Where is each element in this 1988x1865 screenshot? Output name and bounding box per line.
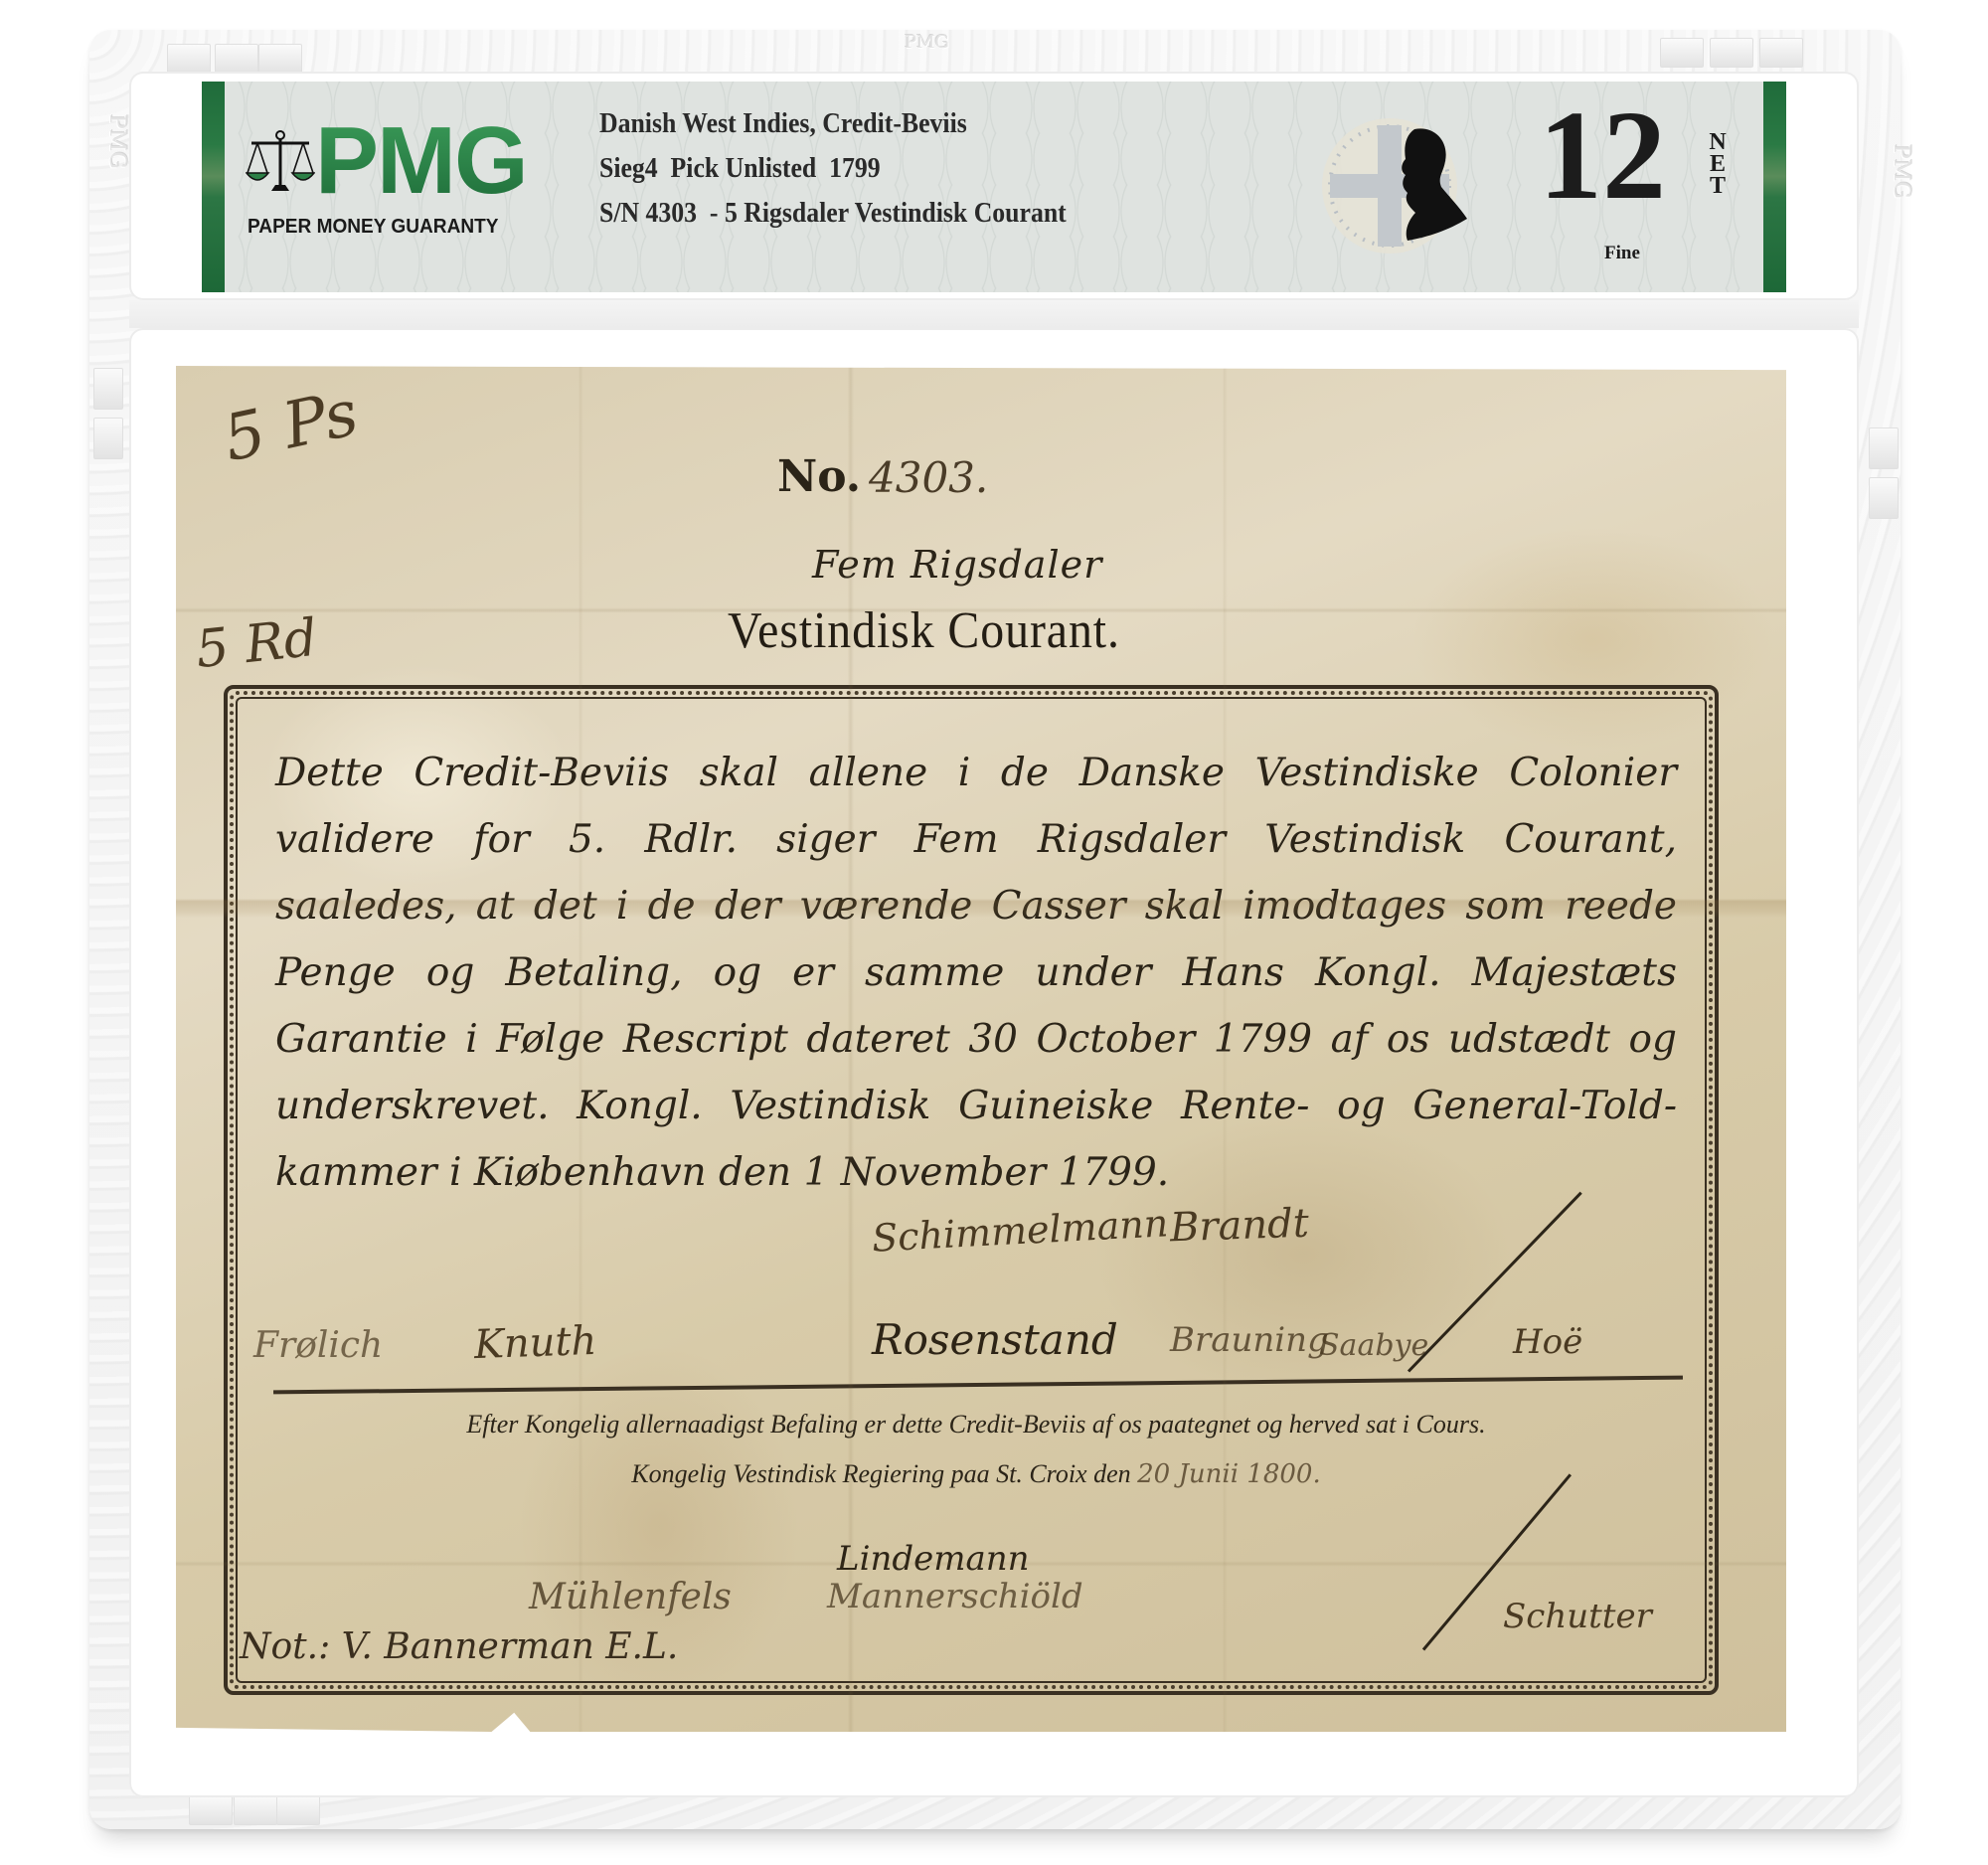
body-line: kammer i Kiøbenhavn den 1 November 1799. (275, 1139, 1677, 1206)
body-line: Garantie i Følge Rescript dateret 30 Oct… (275, 1006, 1677, 1073)
signature: Mühlenfels (529, 1577, 732, 1617)
body-line: Dette Credit-Beviis skal allene i de Dan… (275, 740, 1677, 806)
pmg-wordmark: PMG (315, 113, 527, 209)
corner-handwritten-mark: 5 Ps (218, 377, 365, 477)
silhouette-seal-icon (1320, 101, 1489, 270)
scales-of-justice-icon (246, 129, 315, 199)
description-line-catalog: Sieg4 Pick Unlisted 1799 (599, 146, 1067, 191)
serial-number: 4303. (869, 453, 988, 502)
signature: Brauning (1170, 1320, 1329, 1360)
body-line: Penge og Betaling, og er samme under Han… (275, 939, 1677, 1006)
holder-emboss-block (1759, 38, 1803, 68)
note-body-text: Dette Credit-Beviis skal allene i de Dan… (275, 740, 1677, 1206)
holder-emboss-block (234, 1795, 277, 1825)
body-line: saaledes, at det i de der værende Casser… (275, 873, 1677, 939)
holder-emboss-pmg: PMG (104, 114, 129, 169)
holder-divider (129, 300, 1859, 328)
holder-emboss-block (93, 368, 123, 410)
holder-emboss-block (1869, 427, 1899, 469)
signature: Frølich (253, 1325, 383, 1366)
denomination-script: Fem Rigsdaler (812, 543, 1102, 587)
note-description: Danish West Indies, Credit-Beviis Sieg4 … (599, 101, 1107, 236)
holder-emboss-block (215, 44, 258, 74)
signature: Knuth (473, 1318, 597, 1368)
holder-emboss-block (258, 44, 302, 74)
grade-block: 12 Fine NET (1539, 91, 1777, 280)
endorsement-prefix: Kongelig Vestindisk Regiering paa St. Cr… (631, 1459, 1130, 1488)
grade-net-qualifier: NET (1706, 131, 1730, 197)
signature: Hoë (1513, 1322, 1582, 1362)
body-line: validere for 5. Rdlr. siger Fem Rigsdale… (275, 806, 1677, 873)
endorsement-date: 20 Junii 1800. (1137, 1459, 1321, 1489)
signature: Lindemann (837, 1539, 1030, 1579)
banknote: 5 Ps No. 4303. Fem Rigsdaler Vestindisk … (176, 366, 1786, 1732)
holder-emboss-block (1660, 38, 1704, 68)
pmg-subtitle: PAPER MONEY GUARANTY (248, 215, 498, 239)
endorsement-line-2: Kongelig Vestindisk Regiering paa St. Cr… (275, 1449, 1677, 1499)
signature: Mannerschiöld (827, 1577, 1083, 1616)
numero-label: No. (777, 451, 861, 502)
endorsement-line-1: Efter Kongelig allernaadigst Befaling er… (275, 1400, 1677, 1449)
margin-handwritten-mark: 5 Rd (193, 608, 320, 680)
signature: Rosenstand (872, 1315, 1118, 1364)
registration-note: Not.: V. Bannerman E.L. (240, 1626, 678, 1667)
holder-emboss-pmg: PMG (1889, 144, 1913, 199)
label-green-band-left (202, 82, 225, 292)
signature: Saabye (1319, 1328, 1428, 1363)
pmg-logo: PMG PAPER MONEY GUARANTY (246, 119, 583, 268)
grade-word: Fine (1604, 243, 1640, 264)
holder-emboss-block (189, 1795, 233, 1825)
endorsement: Efter Kongelig allernaadigst Befaling er… (275, 1400, 1677, 1499)
signature: Brandt (1169, 1201, 1309, 1252)
holder-emboss-block (167, 44, 211, 74)
denomination-heading: Vestindisk Courant. (728, 601, 1120, 660)
body-line: underskrevet. Kongl. Vestindisk Guineisk… (275, 1073, 1677, 1139)
description-line-country: Danish West Indies, Credit-Beviis (599, 101, 1067, 146)
holder-emboss-block (276, 1795, 320, 1825)
holder-emboss-block (1710, 38, 1753, 68)
grading-label: PMG PAPER MONEY GUARANTY Danish West Ind… (202, 82, 1786, 292)
holder-emboss-block (93, 418, 123, 459)
holder-emboss-pmg: PMG (905, 32, 949, 53)
signature: Schutter (1503, 1597, 1652, 1636)
holder-emboss-block (1869, 477, 1899, 519)
description-line-serial: S/N 4303 - 5 Rigsdaler Vestindisk Couran… (599, 191, 1067, 236)
grade-number: 12 (1539, 91, 1666, 219)
